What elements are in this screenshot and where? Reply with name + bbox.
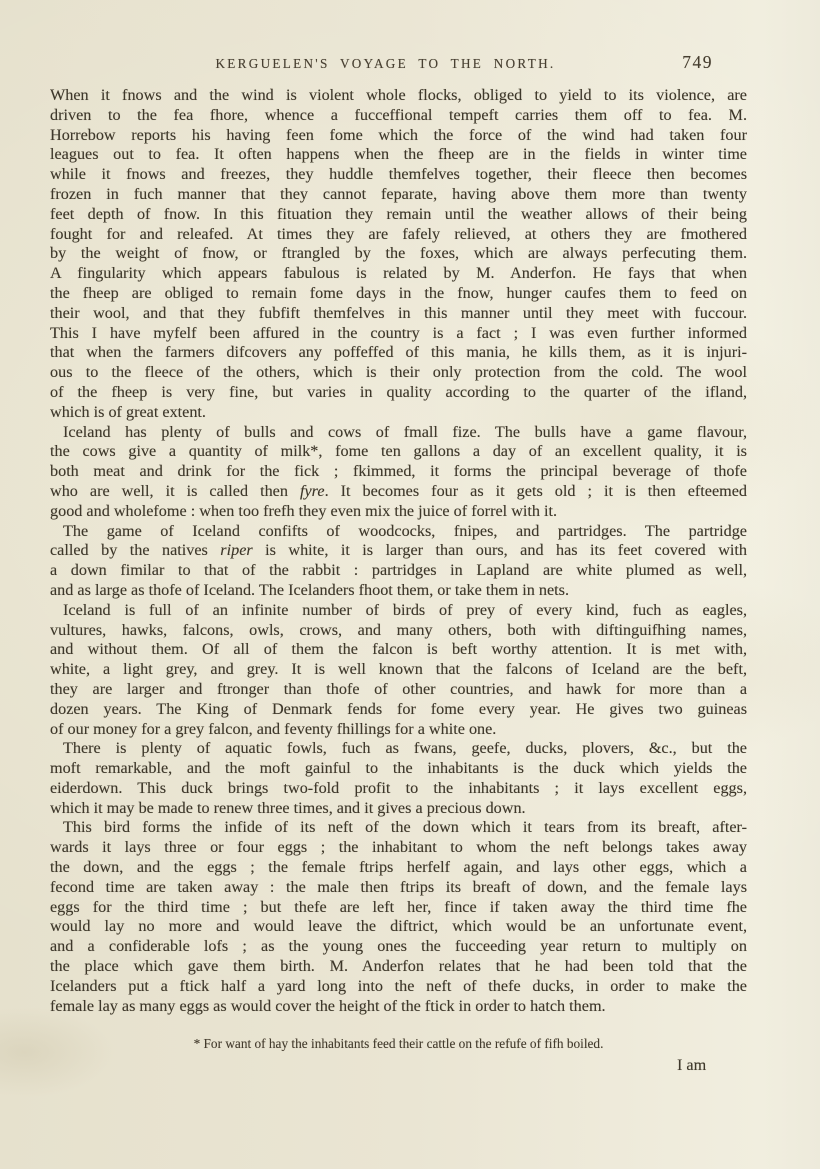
text-line: Iceland is full of an infinite number of… <box>50 601 747 621</box>
paragraph: Iceland has plenty of bulls and cows of … <box>50 423 747 522</box>
text-line: both meat and drink for the fick ; fkimm… <box>50 462 747 482</box>
text-line: When it fnows and the wind is violent wh… <box>50 86 747 106</box>
text-line: white, a light grey, and grey. It is wel… <box>50 660 747 680</box>
text-line: would lay no more and would leave the di… <box>50 917 747 937</box>
text-line: driven to the fea fhore, whence a fuccef… <box>50 106 747 126</box>
text-line: This bird forms the infide of its neft o… <box>50 818 747 838</box>
page-title: KERGUELEN'S VOYAGE TO THE NORTH. <box>37 56 734 72</box>
text-line: This I have myfelf been affured in the c… <box>50 324 747 344</box>
text-line: that when the farmers difcovers any poff… <box>50 343 747 363</box>
text-line: moft remarkable, and the moft gainful to… <box>50 759 747 779</box>
text-line: feet depth of fnow. In this fituation th… <box>50 205 747 225</box>
text-line: they are larger and ftronger than thofe … <box>50 680 747 700</box>
text-line: ous to the fleece of the others, which i… <box>50 363 747 383</box>
text-line: of the fheep is very fine, but varies in… <box>50 383 747 403</box>
text-line: Icelanders put a ftick half a yard long … <box>50 977 747 997</box>
text-line: and without them. Of all of them the fal… <box>50 640 747 660</box>
book-page: KERGUELEN'S VOYAGE TO THE NORTH. 749 Whe… <box>0 0 820 1169</box>
text-line: of our money for a grey falcon, and feve… <box>50 720 747 740</box>
text-line: eggs for the third time ; but thefe are … <box>50 898 747 918</box>
text-line: female lay as many eggs as would cover t… <box>50 997 747 1017</box>
paragraph: Iceland is full of an infinite number of… <box>50 601 747 740</box>
text-line: wards it lays three or four eggs ; the i… <box>50 838 747 858</box>
text-line: vultures, hawks, falcons, owls, crows, a… <box>50 621 747 641</box>
text-line: and as large as thofe of Iceland. The Ic… <box>50 581 747 601</box>
text-line: who are well, it is called then fyre. It… <box>50 482 747 502</box>
text-line: fought for and releafed. At times they a… <box>50 225 747 245</box>
text-line: leagues out to fea. It often happens whe… <box>50 145 747 165</box>
running-header: KERGUELEN'S VOYAGE TO THE NORTH. 749 <box>50 52 747 78</box>
text-line: a down fimilar to that of the rabbit : p… <box>50 561 747 581</box>
paragraph: The game of Iceland confifts of woodcock… <box>50 522 747 601</box>
paragraph: When it fnows and the wind is violent wh… <box>50 86 747 423</box>
text-line: called by the natives riper is white, it… <box>50 541 747 561</box>
body-text: When it fnows and the wind is violent wh… <box>50 86 747 1016</box>
text-line: their wool, and that they fubfift themfe… <box>50 304 747 324</box>
catchword: I am <box>677 1056 706 1075</box>
text-line: Horrebow reports his having feen fome wh… <box>50 126 747 146</box>
paragraph: This bird forms the infide of its neft o… <box>50 818 747 1016</box>
text-line: the fheep are obliged to remain fome day… <box>50 284 747 304</box>
text-line: which it may be made to renew three time… <box>50 799 747 819</box>
text-line: which is of great extent. <box>50 403 747 423</box>
text-line: while it fnows and freezes, they huddle … <box>50 165 747 185</box>
text-line: good and wholefome : when too frefh they… <box>50 502 747 522</box>
text-line: eiderdown. This duck brings two-fold pro… <box>50 779 747 799</box>
text-line: by the weight of fnow, or ftrangled by t… <box>50 244 747 264</box>
text-line: The game of Iceland confifts of woodcock… <box>50 522 747 542</box>
text-line: fecond time are taken away : the male th… <box>50 878 747 898</box>
text-line: the place which gave them birth. M. Ande… <box>50 957 747 977</box>
text-line: and a confiderable lofs ; as the young o… <box>50 937 747 957</box>
text-line: the cows give a quantity of milk*, fome … <box>50 442 747 462</box>
paragraph: There is plenty of aquatic fowls, fuch a… <box>50 739 747 818</box>
page-number: 749 <box>682 52 713 73</box>
footnote: * For want of hay the inhabitants feed t… <box>50 1036 747 1052</box>
text-line: the down, and the eggs ; the female ftri… <box>50 858 747 878</box>
text-line: dozen years. The King of Denmark fends f… <box>50 700 747 720</box>
text-line: frozen in fuch manner that they cannot f… <box>50 185 747 205</box>
text-line: Iceland has plenty of bulls and cows of … <box>50 423 747 443</box>
text-line: A fingularity which appears fabulous is … <box>50 264 747 284</box>
text-line: There is plenty of aquatic fowls, fuch a… <box>50 739 747 759</box>
